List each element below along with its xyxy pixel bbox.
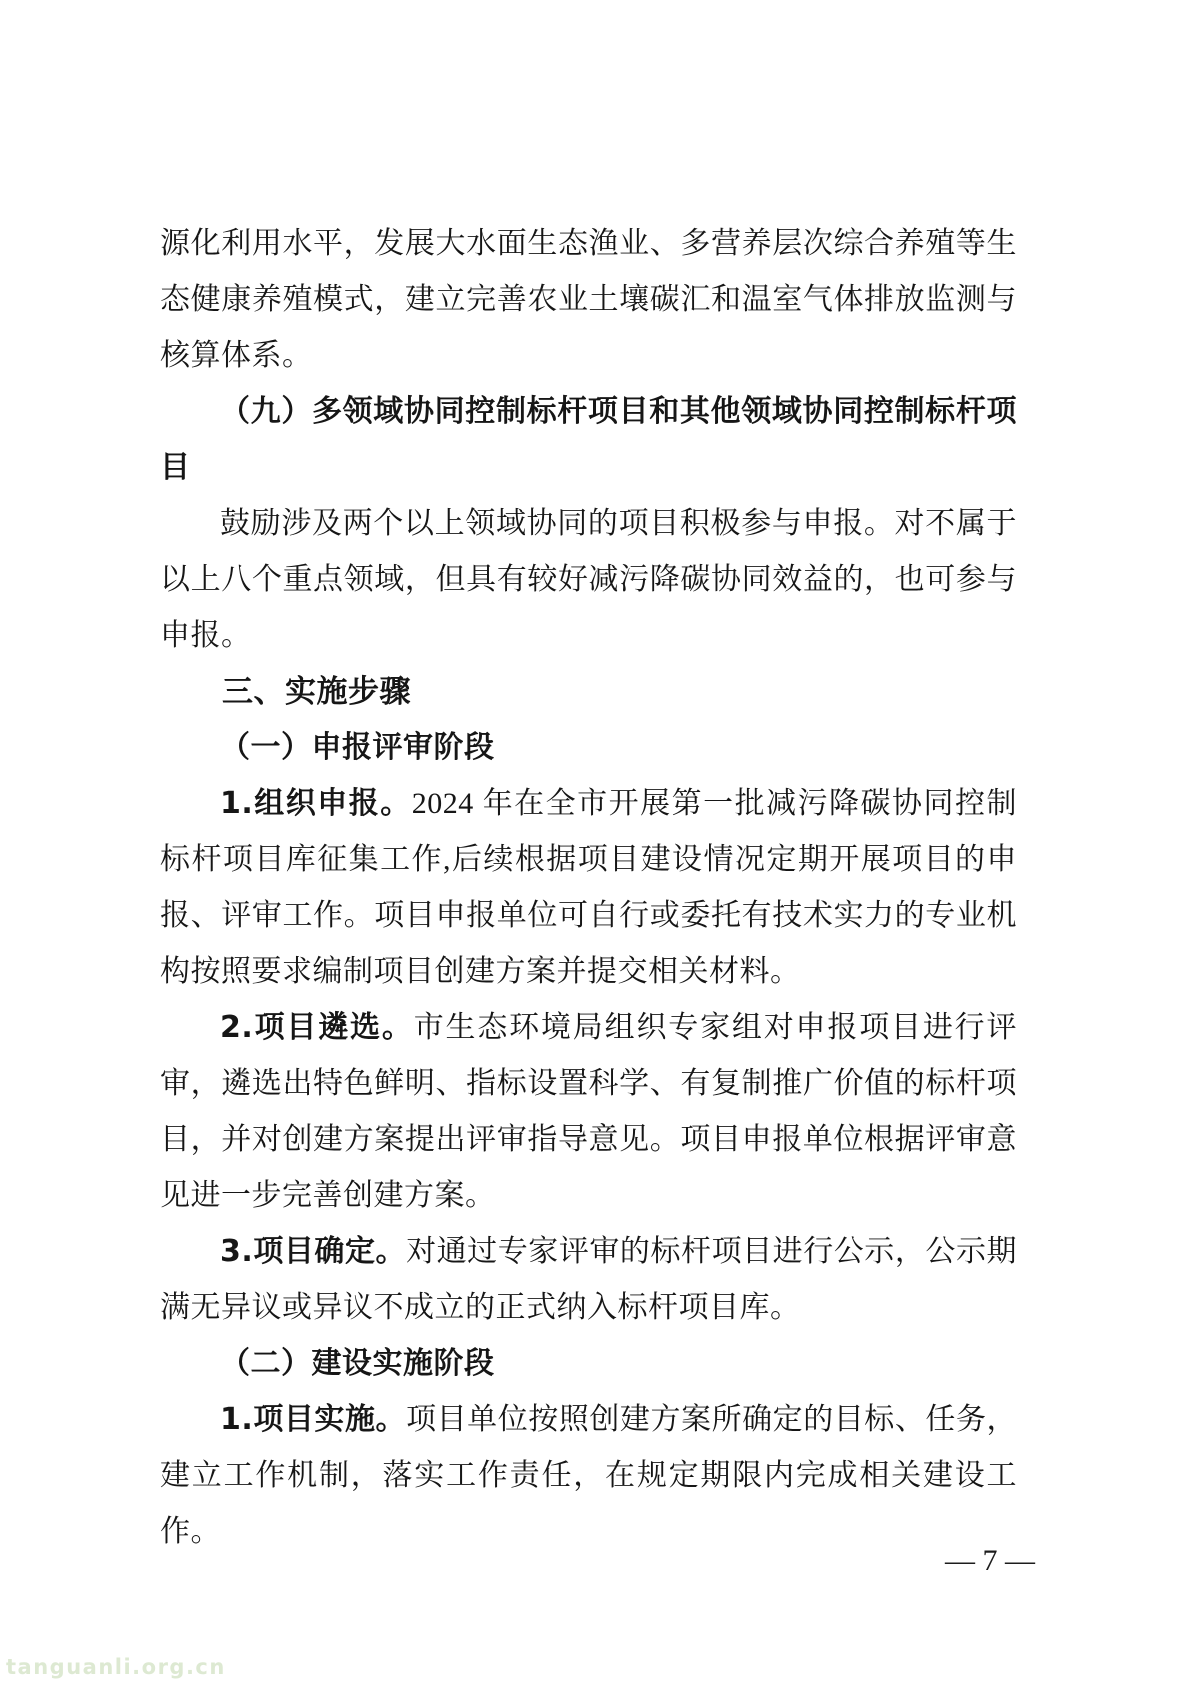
- watermark: tanguanli.org.cn: [6, 1654, 226, 1680]
- paragraph-lead: 2.项目遴选。: [220, 1010, 414, 1045]
- paragraph: 2.项目遴选。市生态环境局组织专家组对申报项目进行评审，遴选出特色鲜明、指标设置…: [160, 1000, 1017, 1224]
- paragraph: 1.组织申报。2024 年在全市开展第一批减污降碳协同控制标杆项目库征集工作,后…: [160, 776, 1017, 1000]
- paragraph-lead: 1.项目实施。: [220, 1402, 406, 1437]
- paragraph: 1.项目实施。项目单位按照创建方案所确定的目标、任务，建立工作机制，落实工作责任…: [160, 1392, 1017, 1560]
- paragraph-lead: 1.组织申报。: [220, 786, 412, 821]
- paragraph: 鼓励涉及两个以上领域协同的项目积极参与申报。对不属于以上八个重点领域，但具有较好…: [160, 496, 1017, 664]
- document-body: 源化利用水平，发展大水面生态渔业、多营养层次综合养殖等生态健康养殖模式，建立完善…: [160, 216, 1017, 1560]
- section-heading: （一）申报评审阶段: [160, 720, 1017, 776]
- paragraph-lead: 3.项目确定。: [220, 1234, 406, 1269]
- paragraph: 源化利用水平，发展大水面生态渔业、多营养层次综合养殖等生态健康养殖模式，建立完善…: [160, 216, 1017, 384]
- paragraph: 3.项目确定。对通过专家评审的标杆项目进行公示，公示期满无异议或异议不成立的正式…: [160, 1224, 1017, 1336]
- page: { "page": { "background_color": "#ffffff…: [0, 0, 1190, 1683]
- section-heading: （九）多领域协同控制标杆项目和其他领域协同控制标杆项目: [160, 384, 1017, 496]
- footer-page-number: — 7 —: [945, 1543, 1035, 1579]
- section-heading: 三、实施步骤: [160, 664, 1017, 720]
- section-heading: （二）建设实施阶段: [160, 1336, 1017, 1392]
